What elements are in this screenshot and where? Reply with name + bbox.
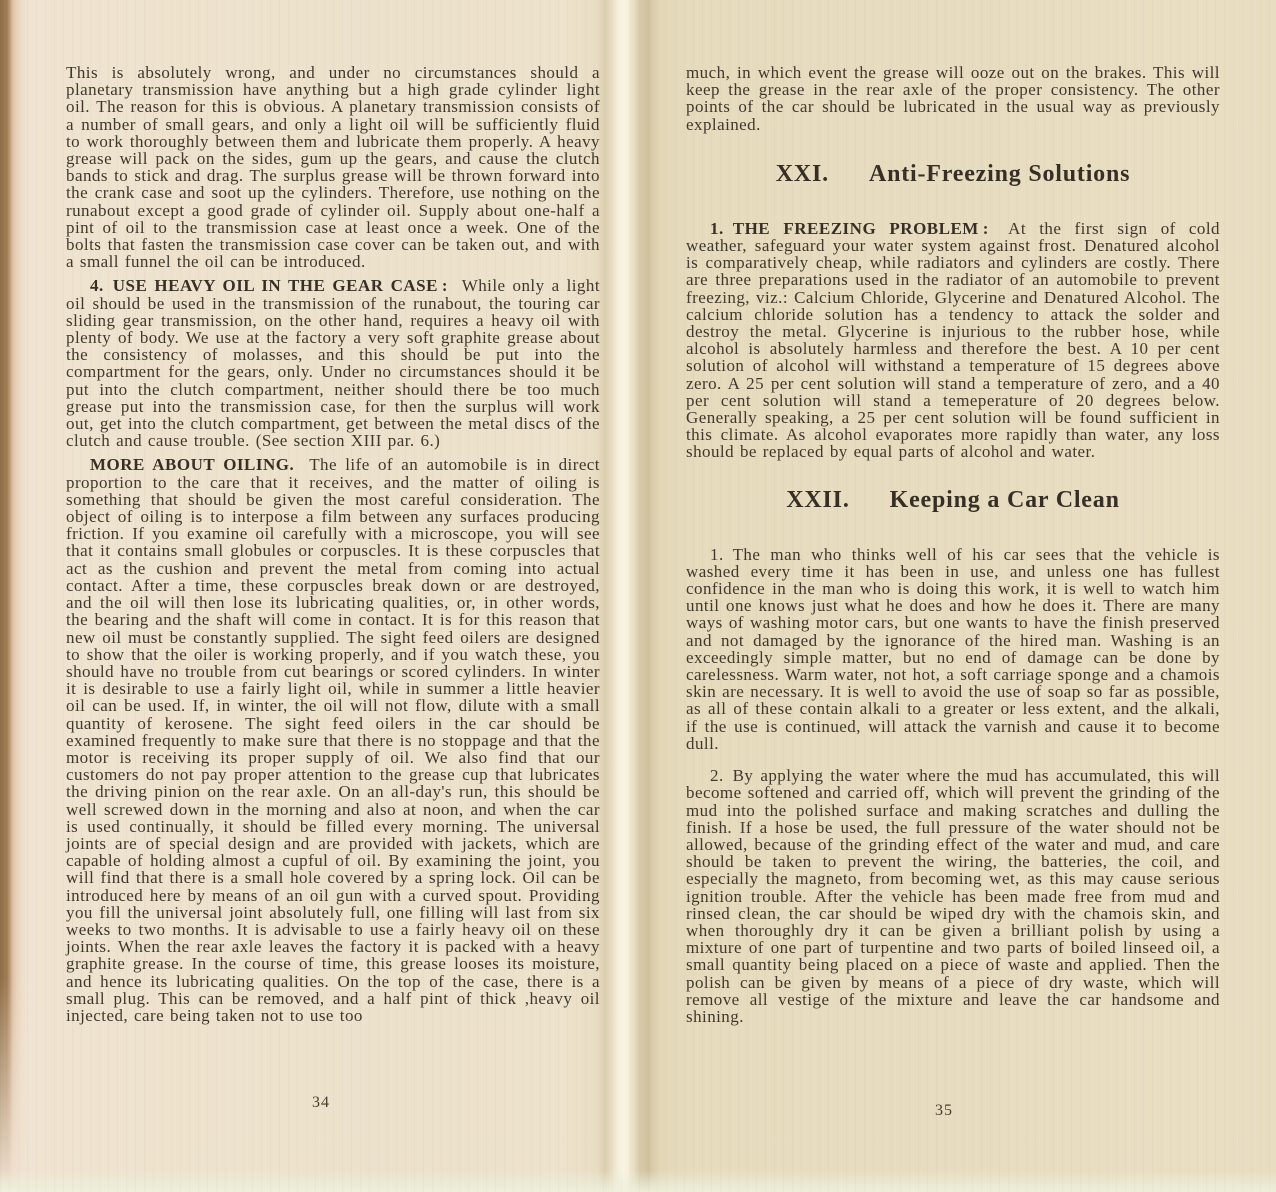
book-left-edge — [0, 0, 26, 1192]
right-page-text-column: much, in which event the grease will ooz… — [686, 64, 1220, 1025]
section-heading: XXI. Anti-Freezing Solutions — [686, 161, 1220, 188]
book-gutter-fold — [596, 0, 668, 1192]
left-page-text-column: This is absolutely wrong, and under no c… — [66, 64, 600, 1024]
paragraph-text: The life of an automobile is in direct p… — [66, 455, 600, 1025]
paragraph: 1. The man who thinks well of his car se… — [686, 546, 1220, 752]
page-number-right: 35 — [922, 1102, 966, 1120]
paragraph-text: At the first sign of cold weather, safeg… — [686, 219, 1220, 462]
section-number: XXII. — [786, 487, 849, 514]
page-number-left: 34 — [299, 1094, 343, 1112]
page-bottom-edge — [0, 1170, 1276, 1192]
paragraph: 2. By applying the water where the mud h… — [686, 767, 1220, 1025]
run-in-heading: 4. USE HEAVY OIL IN THE GEAR CASE : — [90, 276, 448, 295]
paragraph-text: much, in which event the grease will ooz… — [686, 63, 1220, 134]
paragraph: MORE ABOUT OILING. The life of an automo… — [66, 456, 600, 1024]
book-scan: This is absolutely wrong, and under no c… — [0, 0, 1276, 1192]
run-in-heading: 1. THE FREEZING PROBLEM : — [710, 219, 989, 238]
paragraph: 1. THE FREEZING PROBLEM : At the first s… — [686, 220, 1220, 461]
paragraph-text: This is absolutely wrong, and under no c… — [66, 63, 600, 271]
section-number: XXI. — [776, 161, 829, 188]
paragraph-text: 1. The man who thinks well of his car se… — [686, 545, 1220, 753]
paragraph-text: 2. By applying the water where the mud h… — [686, 766, 1220, 1026]
paragraph: much, in which event the grease will ooz… — [686, 64, 1220, 133]
run-in-heading: MORE ABOUT OILING. — [90, 455, 294, 474]
paragraph: This is absolutely wrong, and under no c… — [66, 64, 600, 270]
section-title: Anti-Freezing Solutions — [869, 161, 1130, 188]
section-heading: XXII. Keeping a Car Clean — [686, 487, 1220, 514]
paragraph: 4. USE HEAVY OIL IN THE GEAR CASE : Whil… — [66, 277, 600, 449]
section-title: Keeping a Car Clean — [890, 487, 1120, 514]
paragraph-text: While only a light oil should be used in… — [66, 276, 600, 450]
